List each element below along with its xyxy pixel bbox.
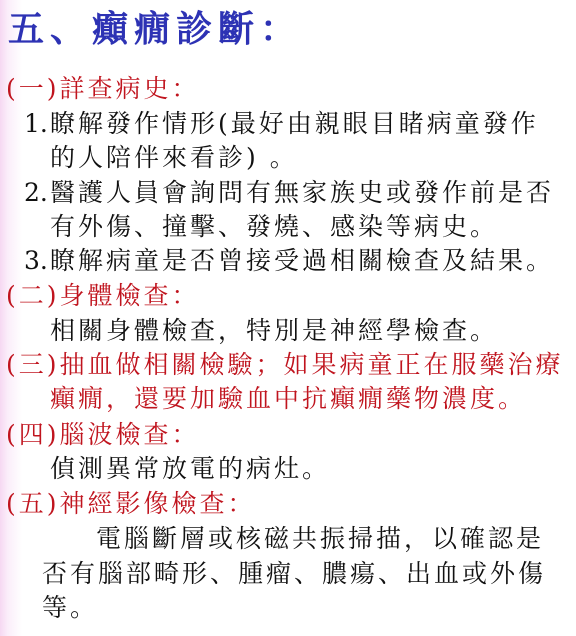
- item-number: 1.: [24, 107, 50, 141]
- history-item-1: 1.瞭解發作情形(最好由親眼目睹病童發作: [24, 107, 539, 141]
- history-item-3: 3.瞭解病童是否曾接受過相關檢查及結果。: [24, 244, 554, 278]
- item-number: 2.: [24, 176, 50, 210]
- page-title: 五、癲癇診斷：: [8, 6, 302, 54]
- section-heading-imaging: (五)神經影像檢查：: [6, 487, 256, 521]
- imaging-body-1: 電腦斷層或核磁共振掃描，以確認是: [96, 522, 544, 556]
- section-heading-blood-cont: 癲癇，還要加驗血中抗癲癇藥物濃度。: [50, 382, 526, 416]
- item-number: 3.: [24, 244, 50, 278]
- item-text: 瞭解發作情形(最好由親眼目睹病童發作: [50, 109, 539, 138]
- section-heading-eeg: (四)腦波檢查：: [6, 418, 200, 452]
- section-heading-physical: (二)身體檢查：: [6, 279, 200, 313]
- eeg-body: 偵測異常放電的病灶。: [50, 452, 330, 486]
- imaging-body-3: 等。: [42, 591, 98, 625]
- item-text: 醫護人員會詢問有無家族史或發作前是否: [50, 178, 554, 207]
- section-heading-blood: (三)抽血做相關檢驗；如果病童正在服藥治療: [6, 348, 564, 382]
- slide: 五、癲癇診斷： (一)詳查病史： 1.瞭解發作情形(最好由親眼目睹病童發作 的人…: [0, 0, 576, 636]
- section-heading-history: (一)詳查病史：: [6, 72, 200, 106]
- imaging-body-2: 否有腦部畸形、腫瘤、膿瘍、出血或外傷: [42, 557, 546, 591]
- history-item-2: 2.醫護人員會詢問有無家族史或發作前是否: [24, 176, 554, 210]
- physical-body: 相關身體檢查，特別是神經學檢查。: [50, 314, 498, 348]
- item-text: 瞭解病童是否曾接受過相關檢查及結果。: [50, 246, 554, 275]
- history-item-2-cont: 有外傷、撞擊、發燒、感染等病史。: [50, 210, 498, 244]
- history-item-1-cont: 的人陪伴來看診) 。: [50, 141, 298, 175]
